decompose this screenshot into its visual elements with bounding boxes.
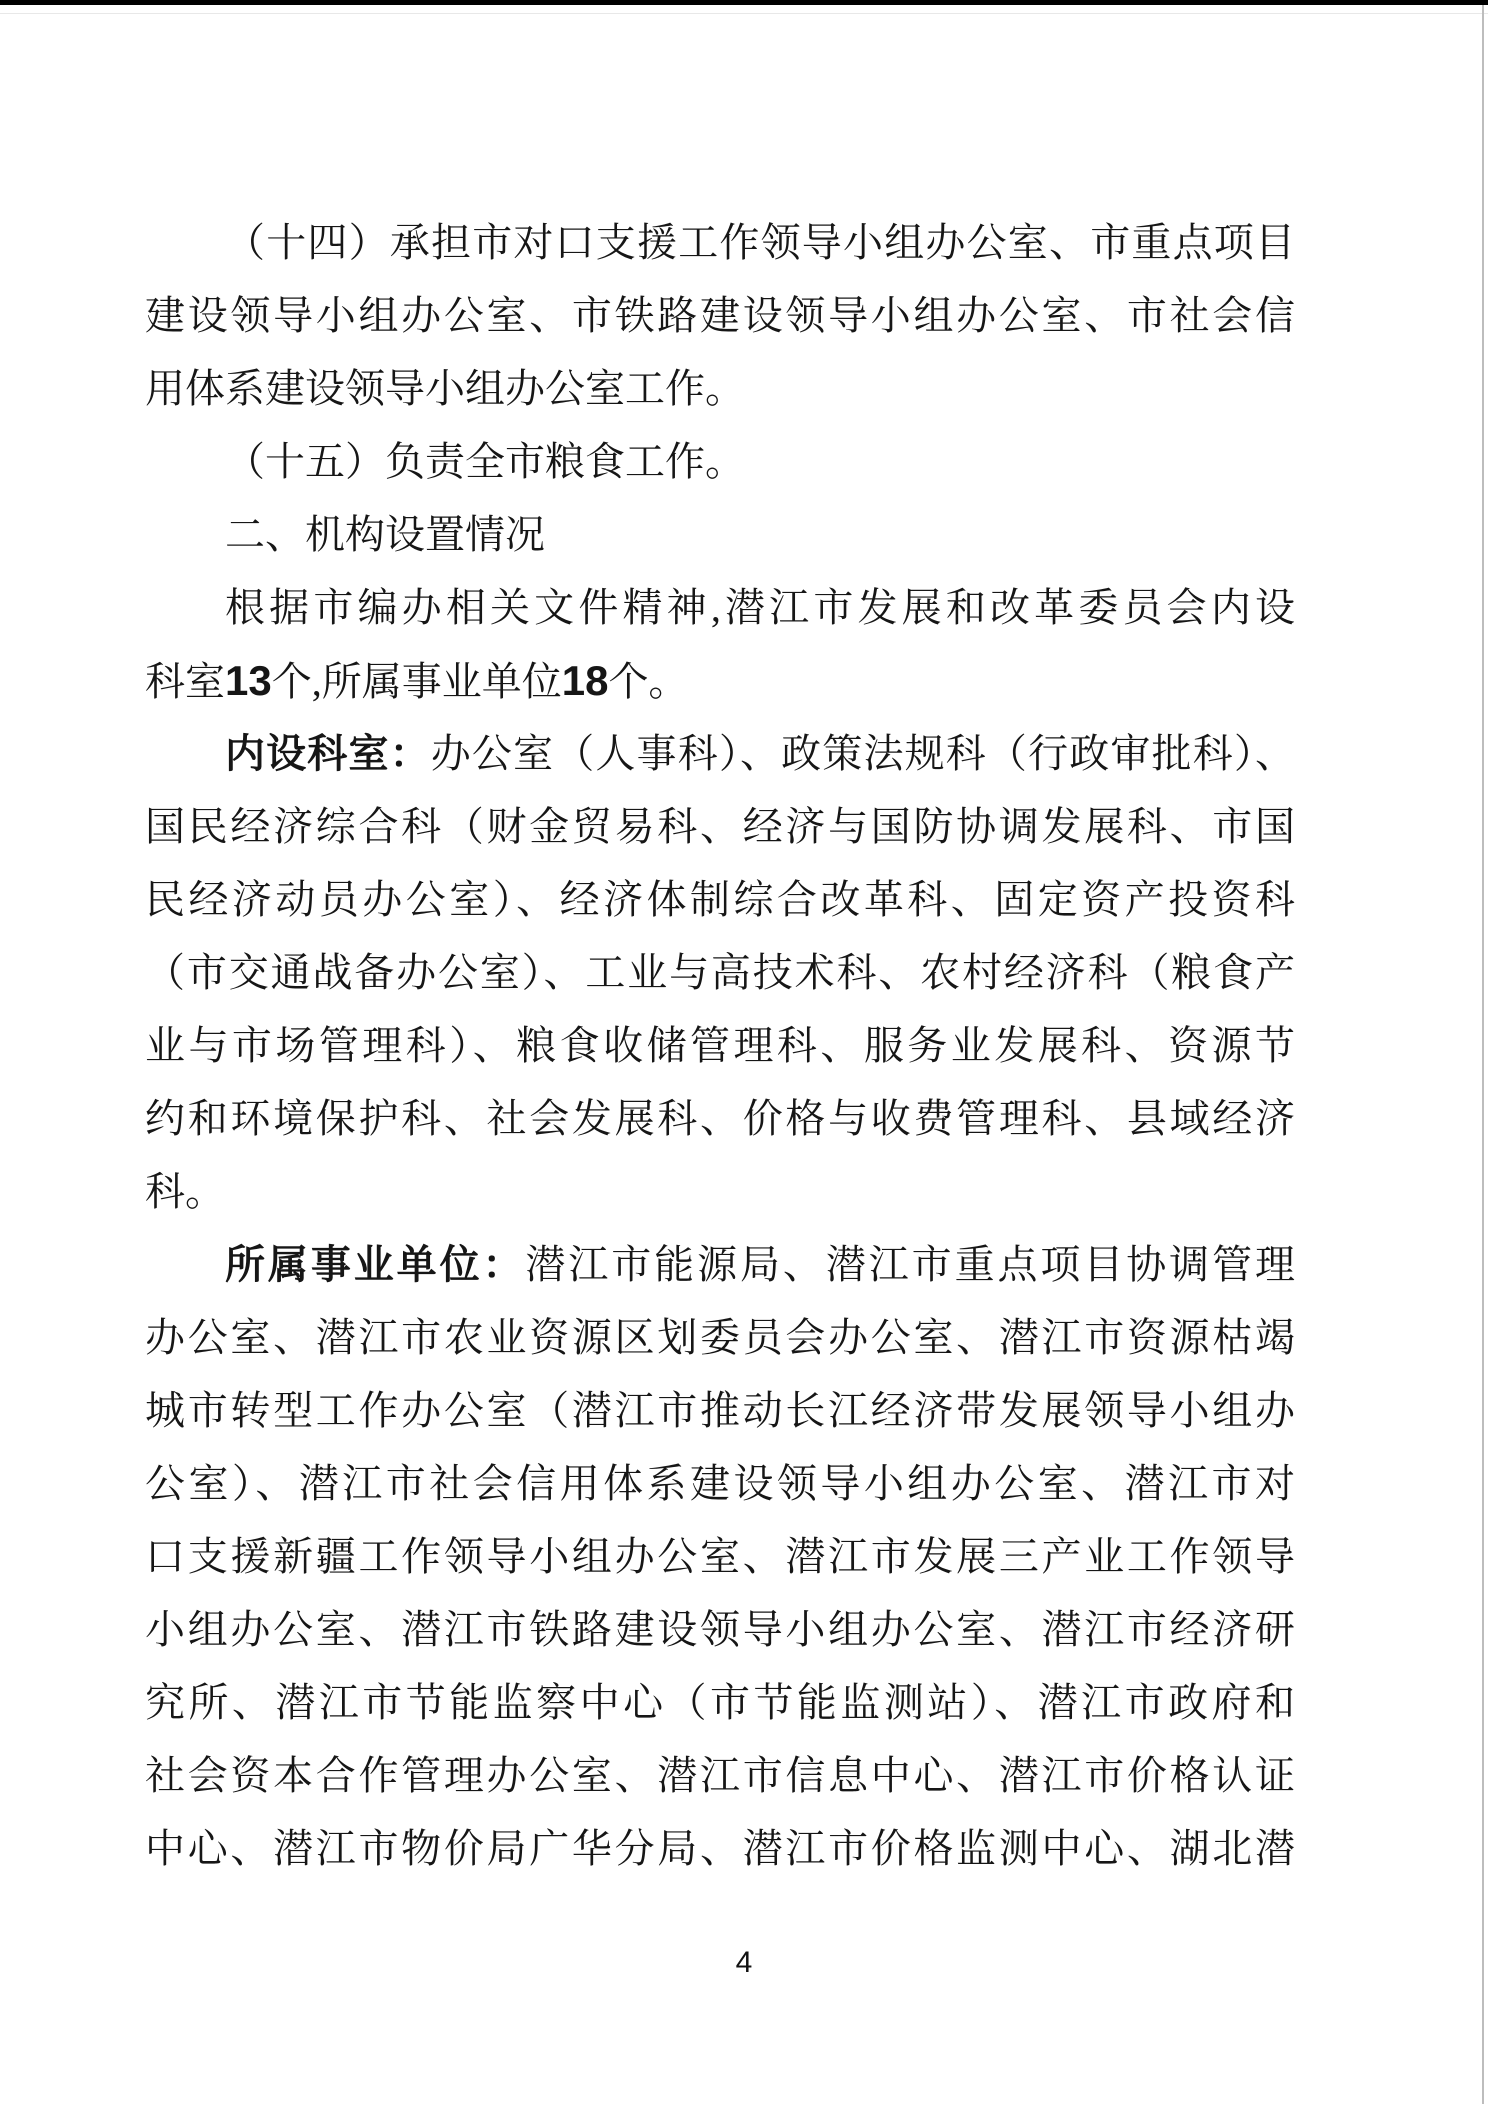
text-line: 用体系建设领导小组办公室工作。 [145,352,1295,425]
text-line: 二、机构设置情况 [145,498,1295,571]
top-hairline [0,13,1488,14]
text-line: 城市转型工作办公室（潜江市推动长江经济带发展领导小组办 [145,1374,1295,1447]
text-line: 内设科室：办公室（人事科）、政策法规科（行政审批科）、 [145,717,1295,790]
text-line: （十四）承担市对口支援工作领导小组办公室、市重点项目 [145,206,1295,279]
text-line: 约和环境保护科、社会发展科、价格与收费管理科、县域经济 [145,1082,1295,1155]
text-line: 国民经济综合科（财金贸易科、经济与国防协调发展科、市国 [145,790,1295,863]
text-line: 业与市场管理科）、粮食收储管理科、服务业发展科、资源节 [145,1009,1295,1082]
text-line: 办公室、潜江市农业资源区划委员会办公室、潜江市资源枯竭 [145,1301,1295,1374]
text-line: 民经济动员办公室）、经济体制综合改革科、固定资产投资科 [145,863,1295,936]
text-line: 口支援新疆工作领导小组办公室、潜江市发展三产业工作领导 [145,1520,1295,1593]
text-line: 中心、潜江市物价局广华分局、潜江市价格监测中心、湖北潜 [145,1812,1295,1885]
text-line: 公室）、潜江市社会信用体系建设领导小组办公室、潜江市对 [145,1447,1295,1520]
text-line: 科。 [145,1155,1295,1228]
text-line: 根据市编办相关文件精神,潜江市发展和改革委员会内设 [145,571,1295,644]
text-line: 所属事业单位：潜江市能源局、潜江市重点项目协调管理 [145,1228,1295,1301]
text-line: 小组办公室、潜江市铁路建设领导小组办公室、潜江市经济研 [145,1593,1295,1666]
inline-number: 18 [562,657,609,704]
text-line: 科室13个,所属事业单位18个。 [145,644,1295,717]
text-line: 建设领导小组办公室、市铁路建设领导小组办公室、市社会信 [145,279,1295,352]
page-number: 4 [736,1946,753,1979]
right-edge-line [1482,5,1484,2104]
text-line: （十五）负责全市粮食工作。 [145,425,1295,498]
text-line: 究所、潜江市节能监察中心（市节能监测站）、潜江市政府和 [145,1666,1295,1739]
text-line: （市交通战备办公室）、工业与高技术科、农村经济科（粮食产 [145,936,1295,1009]
bold-lead-label: 内设科室： [225,732,431,776]
inline-number: 13 [225,657,272,704]
top-edge-bar [0,0,1488,5]
page-footer: 4 [0,1946,1488,1980]
bold-lead-label: 所属事业单位： [225,1243,525,1287]
document-body: （十四）承担市对口支援工作领导小组办公室、市重点项目建设领导小组办公室、市铁路建… [145,206,1295,1885]
text-line: 社会资本合作管理办公室、潜江市信息中心、潜江市价格认证 [145,1739,1295,1812]
